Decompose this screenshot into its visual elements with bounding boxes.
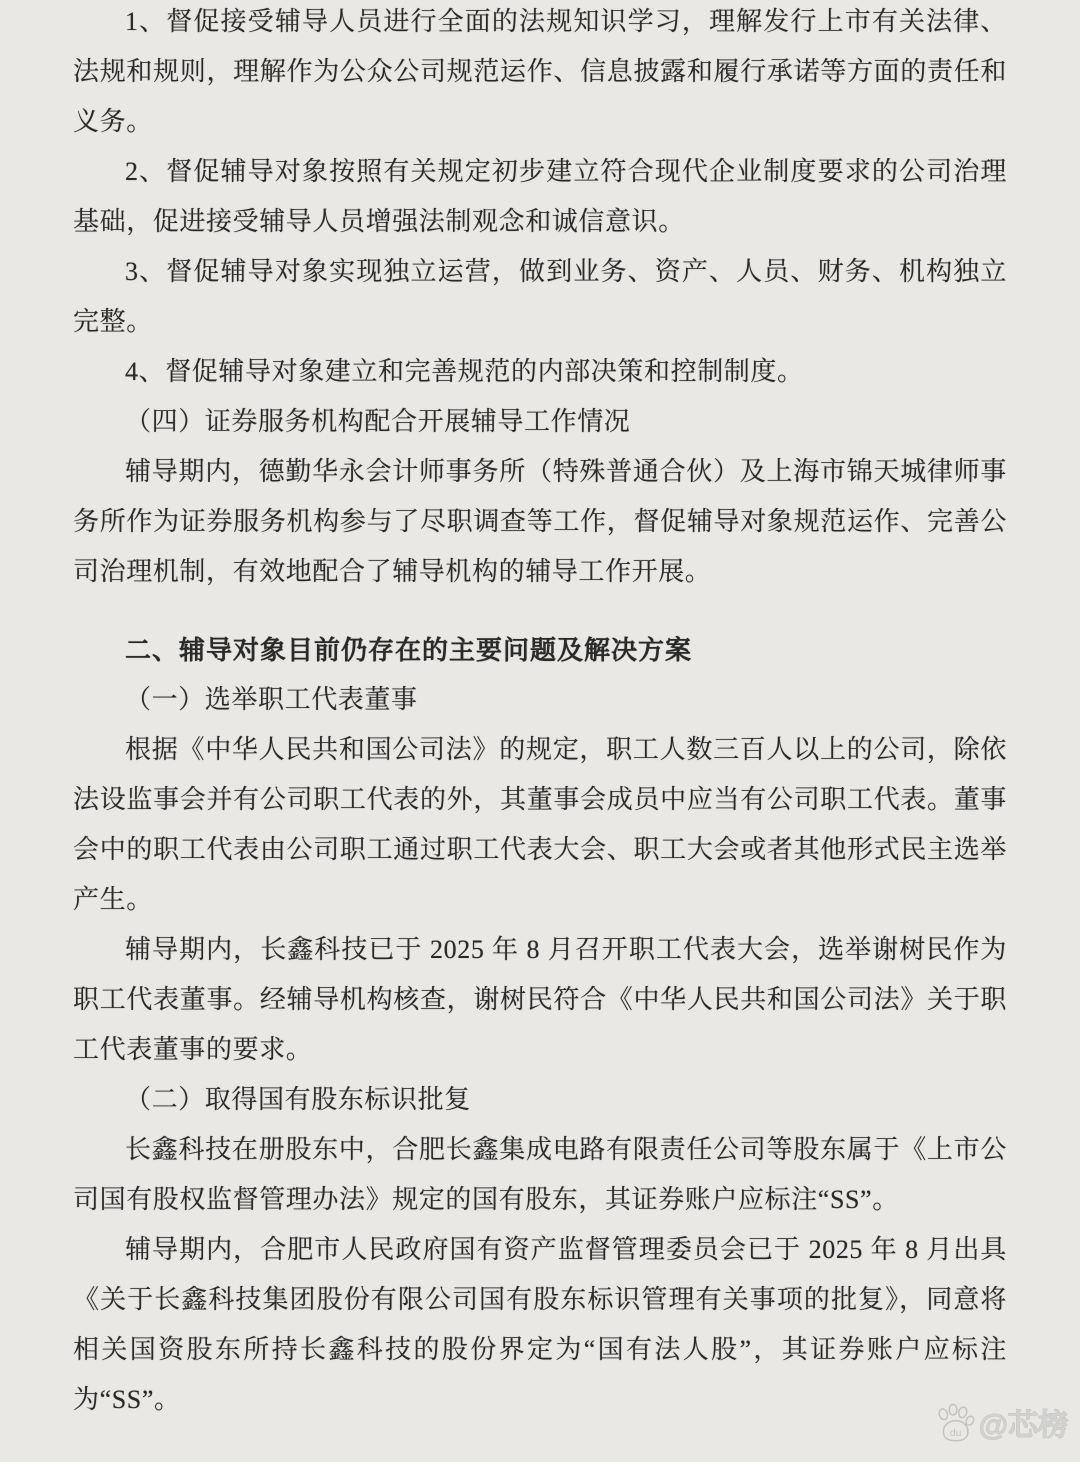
document-page: 1、督促接受辅导人员进行全面的法规知识学习，理解发行上市有关法律、法规和规则，理… — [0, 0, 1080, 1462]
paragraph: 根据《中华人民共和国公司法》的规定，职工人数三百人以上的公司，除依法设监事会并有… — [73, 725, 1007, 925]
paragraph: 长鑫科技在册股东中，合肥长鑫集成电路有限责任公司等股东属于《上市公司国有股权监督… — [73, 1125, 1007, 1225]
paragraph: 辅导期内，合肥市人民政府国有资产监督管理委员会已于 2025 年 8 月出具《关… — [73, 1225, 1007, 1425]
paragraph: 1、督促接受辅导人员进行全面的法规知识学习，理解发行上市有关法律、法规和规则，理… — [73, 0, 1007, 147]
paw-du-label: du — [950, 1428, 962, 1439]
section-title: 二、辅导对象目前仍存在的主要问题及解决方案 — [73, 625, 1007, 675]
document-body: 1、督促接受辅导人员进行全面的法规知识学习，理解发行上市有关法律、法规和规则，理… — [0, 0, 1080, 1425]
paragraph: 4、督促辅导对象建立和完善规范的内部决策和控制制度。 — [73, 347, 1007, 397]
watermark: du @芯榜 — [933, 1400, 1068, 1444]
paragraph: 3、督促辅导对象实现独立运营，做到业务、资产、人员、财务、机构独立完整。 — [73, 247, 1007, 347]
paragraph: （一）选举职工代表董事 — [73, 675, 1007, 725]
paragraph: 2、督促辅导对象按照有关规定初步建立符合现代企业制度要求的公司治理基础，促进接受… — [73, 147, 1007, 247]
paragraph: 辅导期内，德勤华永会计师事务所（特殊普通合伙）及上海市锦天城律师事务所作为证券服… — [73, 447, 1007, 597]
baidu-paw-icon: du — [933, 1400, 977, 1444]
paragraph: （四）证券服务机构配合开展辅导工作情况 — [73, 397, 1007, 447]
paragraph: 辅导期内，长鑫科技已于 2025 年 8 月召开职工代表大会，选举谢树民作为职工… — [73, 925, 1007, 1075]
paragraph: （二）取得国有股东标识批复 — [73, 1075, 1007, 1125]
watermark-text: @芯榜 — [979, 1400, 1068, 1444]
